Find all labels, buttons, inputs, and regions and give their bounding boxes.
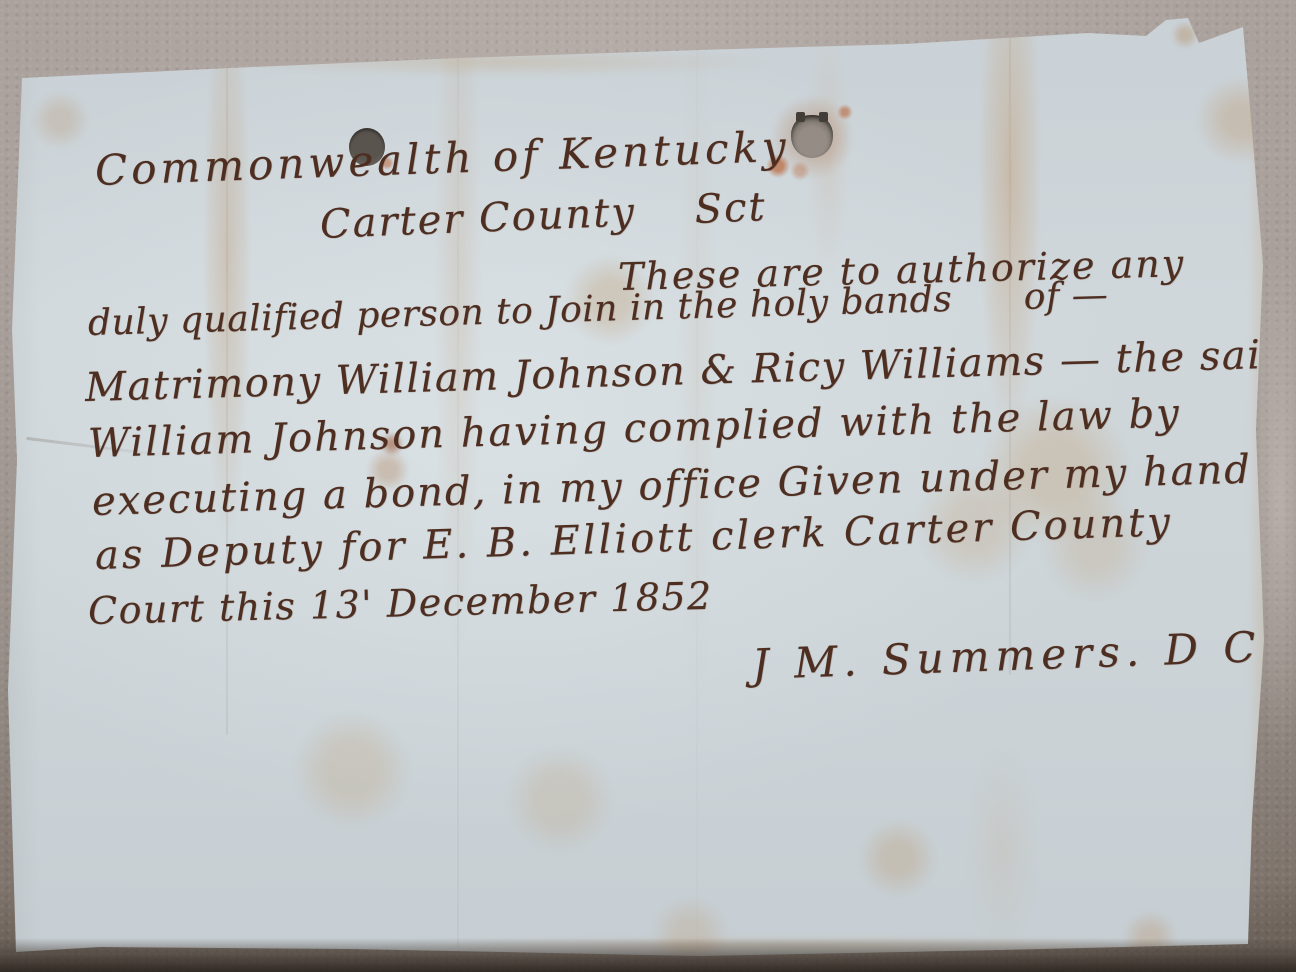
- punch-hole-right: [791, 115, 833, 158]
- document-paper: Commonwealth of Kentucky Carter County S…: [0, 0, 1296, 972]
- photo-of-document: Commonwealth of Kentucky Carter County S…: [0, 0, 1296, 972]
- table-edge-shadow: [0, 938, 1296, 972]
